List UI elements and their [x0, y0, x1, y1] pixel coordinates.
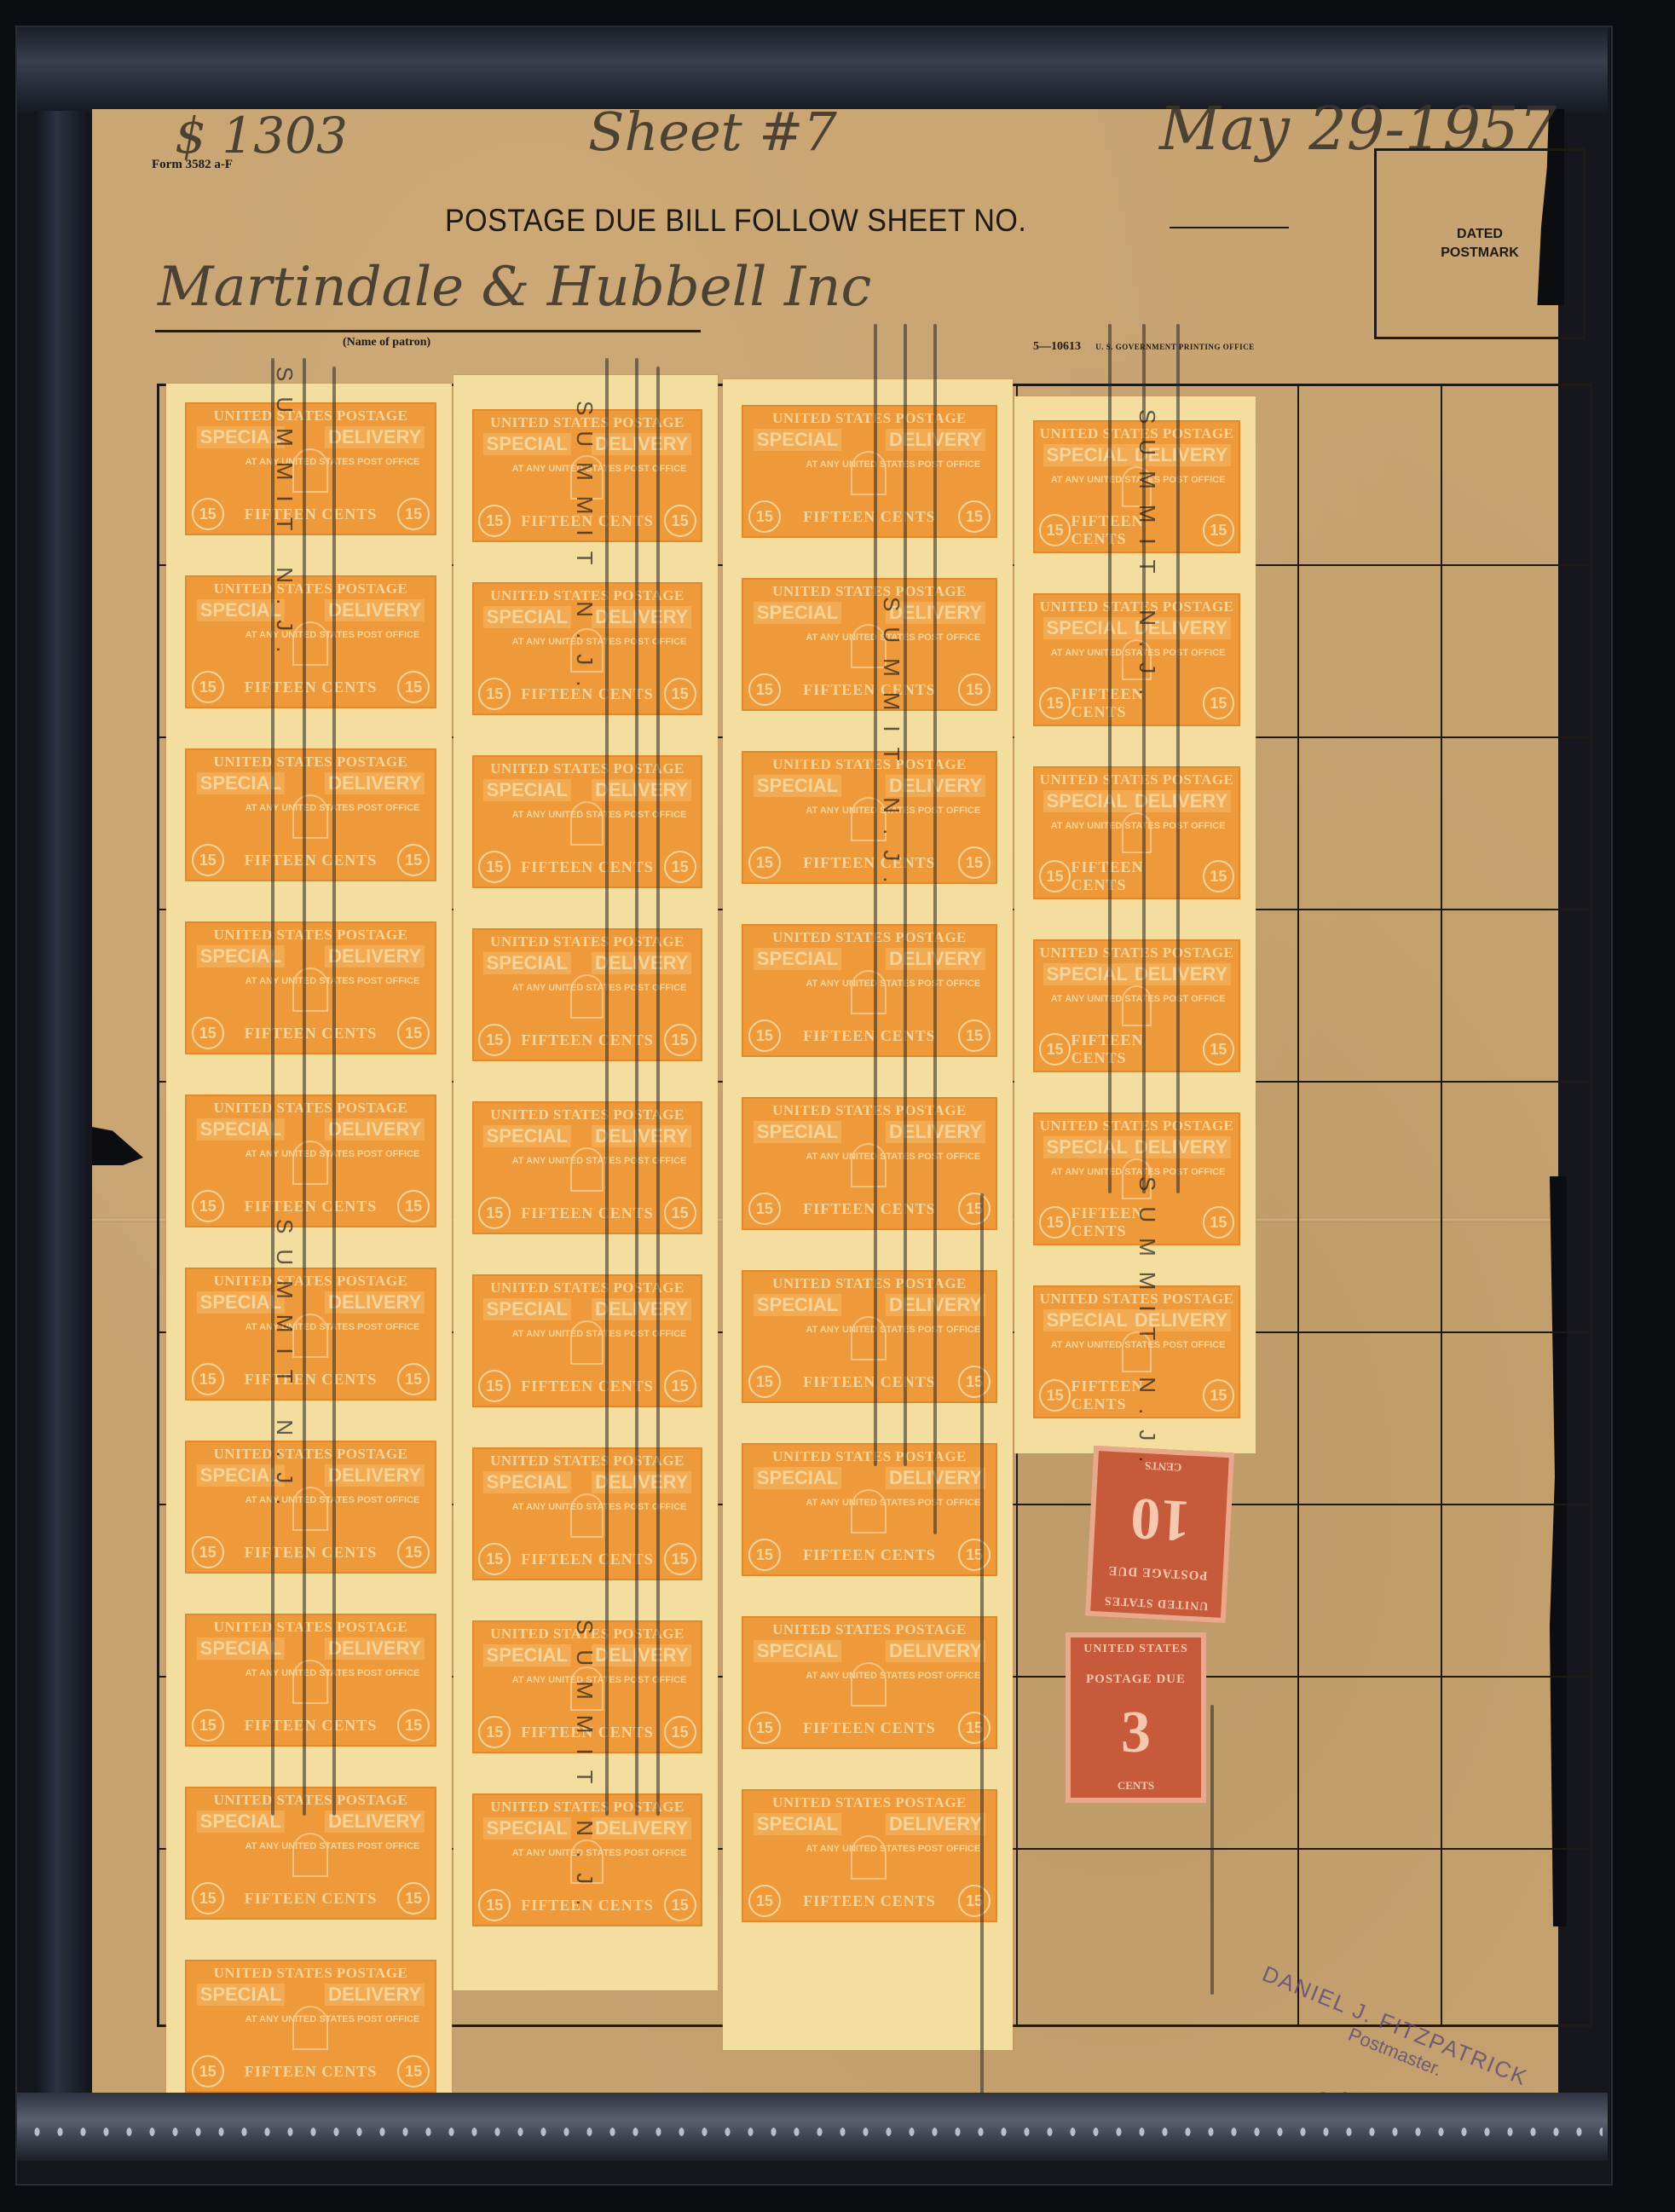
stamp-denomination: FIFTEEN CENTS	[245, 679, 378, 696]
stamp-value-right: 15	[397, 1882, 430, 1915]
doorway-icon	[851, 1489, 887, 1533]
stamp-value-right: 15	[397, 844, 430, 876]
stamp-banner: SPECIALDELIVERY	[483, 1298, 692, 1320]
stamp-center-text: AT ANY UNITED STATES POST OFFICE	[512, 810, 687, 821]
stamp-vignette: AT ANY UNITED STATES POST OFFICE	[197, 967, 425, 1017]
sleeve-perforations	[26, 2122, 1603, 2141]
stamp-special: SPECIAL	[483, 779, 571, 801]
stamp-bottom-row: 15FIFTEEN CENTS15	[192, 498, 430, 530]
stamp-bottom-row: 15FIFTEEN CENTS15	[748, 1539, 991, 1571]
special-delivery-stamp: UNITED STATES POSTAGESPECIALDELIVERYAT A…	[185, 402, 436, 535]
special-delivery-stamp: UNITED STATES POSTAGESPECIALDELIVERYAT A…	[742, 751, 997, 884]
stamp-banner: SPECIALDELIVERY	[754, 429, 985, 451]
stamp-value-right: 15	[1203, 1379, 1235, 1412]
stamp-top-text: UNITED STATES POSTAGE	[214, 1273, 408, 1290]
stamp-value-left: 15	[478, 1197, 511, 1229]
stamp-bottom-row: 15FIFTEEN CENTS15	[478, 1197, 696, 1229]
stamp-special: SPECIAL	[1043, 444, 1131, 466]
special-delivery-stamp: UNITED STATES POSTAGESPECIALDELIVERYAT A…	[185, 1614, 436, 1747]
stamp-banner: SPECIALDELIVERY	[754, 1640, 985, 1662]
due-value: 10	[1129, 1487, 1193, 1551]
stamp-denomination: FIFTEEN CENTS	[803, 1200, 936, 1218]
stamp-denomination: FIFTEEN CENTS	[803, 1546, 936, 1564]
grid-left	[157, 384, 159, 2027]
stamp-top-text: UNITED STATES POSTAGE	[214, 1446, 408, 1463]
doorway-icon	[292, 2006, 327, 2050]
stamp-value-left: 15	[1039, 514, 1071, 546]
stamp-center-text: AT ANY UNITED STATES POST OFFICE	[512, 1329, 687, 1340]
stamp-denomination: FIFTEEN CENTS	[803, 854, 936, 872]
stamp-vignette: AT ANY UNITED STATES POST OFFICE	[483, 974, 692, 1024]
doorway-icon	[851, 451, 887, 495]
stamp-value-right: 15	[664, 1197, 696, 1229]
stamp-top-text: UNITED STATES POSTAGE	[772, 756, 967, 773]
stamp-delivery: DELIVERY	[1131, 790, 1231, 812]
stamp-special: SPECIAL	[1043, 617, 1131, 639]
stamp-banner: SPECIALDELIVERY	[197, 772, 425, 794]
stamp-value-right: 15	[664, 1370, 696, 1402]
form-number: Form 3582 a-F	[152, 158, 233, 172]
stamp-bottom-row: 15FIFTEEN CENTS15	[478, 851, 696, 883]
stamp-special: SPECIAL	[483, 606, 571, 628]
special-delivery-stamp: UNITED STATES POSTAGESPECIALDELIVERYAT A…	[185, 921, 436, 1054]
due-country: UNITED STATES	[1083, 1643, 1188, 1656]
stamp-value-right: 15	[397, 1190, 430, 1222]
stamp-banner: SPECIALDELIVERY	[197, 1118, 425, 1141]
stamp-special: SPECIAL	[1043, 1136, 1131, 1158]
stamp-top-text: UNITED STATES POSTAGE	[214, 407, 408, 424]
stamp-denomination: FIFTEEN CENTS	[521, 1204, 654, 1222]
stamp-banner: SPECIALDELIVERY	[1043, 963, 1231, 985]
stamp-strip-3: UNITED STATES POSTAGESPECIALDELIVERYAT A…	[723, 379, 1013, 2050]
stamp-denomination: FIFTEEN CENTS	[245, 505, 378, 523]
special-delivery-stamp: UNITED STATES POSTAGESPECIALDELIVERYAT A…	[472, 1274, 702, 1407]
stamp-center-text: AT ANY UNITED STATES POST OFFICE	[512, 637, 687, 648]
stamp-value-left: 15	[1039, 860, 1071, 892]
stamp-delivery: DELIVERY	[1131, 1136, 1231, 1158]
stamp-special: SPECIAL	[754, 1813, 841, 1835]
stamp-bottom-row: 15FIFTEEN CENTS15	[748, 1885, 991, 1917]
stamp-vignette: AT ANY UNITED STATES POST OFFICE	[197, 2006, 425, 2055]
stamp-top-text: UNITED STATES POSTAGE	[772, 1102, 967, 1119]
stamp-value-right: 15	[664, 851, 696, 883]
stamp-value-left: 15	[478, 678, 511, 710]
stamp-top-text: UNITED STATES POSTAGE	[214, 1792, 408, 1809]
stamp-delivery: DELIVERY	[886, 1813, 985, 1835]
cancellation-town-text: SUMMIT N.J.	[1134, 409, 1160, 711]
handwritten-patron-name: Martindale & Hubbell Inc	[158, 256, 871, 319]
grid-col-line	[1441, 384, 1442, 2027]
stamp-top-text: UNITED STATES POSTAGE	[214, 927, 408, 944]
handwritten-sheet-number: Sheet #7	[588, 101, 837, 163]
stamp-value-left: 15	[192, 844, 224, 876]
stamp-bottom-row: 15FIFTEEN CENTS15	[1039, 858, 1234, 894]
cancellation-line	[933, 324, 937, 1534]
stamp-vignette: AT ANY UNITED STATES POST OFFICE	[197, 1141, 425, 1190]
stamp-top-text: UNITED STATES POSTAGE	[772, 1794, 967, 1811]
stamp-denomination: FIFTEEN CENTS	[245, 852, 378, 869]
stamp-bottom-row: 15FIFTEEN CENTS15	[192, 844, 430, 876]
stamp-vignette: AT ANY UNITED STATES POST OFFICE	[754, 451, 985, 500]
stamp-bottom-row: 15FIFTEEN CENTS15	[192, 1536, 430, 1568]
stamp-banner: SPECIALDELIVERY	[197, 1984, 425, 2006]
stamp-bottom-row: 15FIFTEEN CENTS15	[192, 1017, 430, 1049]
stamp-bottom-row: 15FIFTEEN CENTS15	[192, 1190, 430, 1222]
stamp-delivery: DELIVERY	[886, 1640, 985, 1662]
stamp-top-text: UNITED STATES POSTAGE	[490, 1453, 684, 1470]
stamp-value-left: 15	[192, 1363, 224, 1395]
stamp-banner: SPECIALDELIVERY	[483, 779, 692, 801]
stamp-center-text: AT ANY UNITED STATES POST OFFICE	[512, 1848, 687, 1859]
stamp-special: SPECIAL	[483, 1644, 571, 1666]
stamp-value-left: 15	[192, 1882, 224, 1915]
cancellation-line	[656, 367, 660, 1816]
stamp-denomination: FIFTEEN CENTS	[803, 1373, 936, 1391]
sheet-title: POSTAGE DUE BILL FOLLOW SHEET NO.	[445, 203, 1026, 239]
stamp-special: SPECIAL	[483, 1298, 571, 1320]
stamp-denomination: FIFTEEN CENTS	[245, 1198, 378, 1216]
stamp-vignette: AT ANY UNITED STATES POST OFFICE	[1043, 812, 1231, 858]
special-delivery-stamp: UNITED STATES POSTAGESPECIALDELIVERYAT A…	[1033, 766, 1240, 899]
stamp-top-text: UNITED STATES POSTAGE	[772, 410, 967, 427]
stamp-center-text: AT ANY UNITED STATES POST OFFICE	[806, 979, 980, 990]
stamp-value-right: 15	[958, 846, 991, 879]
special-delivery-stamp: UNITED STATES POSTAGESPECIALDELIVERYAT A…	[185, 1787, 436, 1920]
stamp-value-left: 15	[748, 846, 781, 879]
stamp-bottom-row: 15FIFTEEN CENTS15	[748, 500, 991, 533]
doorway-icon	[851, 1143, 887, 1187]
stamp-top-text: UNITED STATES POSTAGE	[490, 1279, 684, 1297]
special-delivery-stamp: UNITED STATES POSTAGESPECIALDELIVERYAT A…	[472, 1447, 702, 1580]
stamp-center-text: AT ANY UNITED STATES POST OFFICE	[512, 1675, 687, 1686]
stamp-bottom-row: 15FIFTEEN CENTS15	[192, 2055, 430, 2088]
stamp-value-right: 15	[664, 1716, 696, 1748]
stamp-vignette: AT ANY UNITED STATES POST OFFICE	[197, 794, 425, 844]
stamp-center-text: AT ANY UNITED STATES POST OFFICE	[1051, 994, 1226, 1005]
stamp-value-left: 15	[748, 1366, 781, 1398]
stamp-vignette: AT ANY UNITED STATES POST OFFICE	[197, 1487, 425, 1536]
stamp-bottom-row: 15FIFTEEN CENTS15	[748, 1712, 991, 1744]
sheet-number-blank	[1170, 227, 1289, 228]
stamp-top-text: UNITED STATES POSTAGE	[1040, 944, 1234, 962]
grid-col-line	[1297, 384, 1299, 2027]
special-delivery-stamp: UNITED STATES POSTAGESPECIALDELIVERYAT A…	[742, 1616, 997, 1749]
cancellation-town-text: SUMMIT N.J.	[271, 1219, 297, 1521]
stamp-special: SPECIAL	[754, 1467, 841, 1489]
stamp-banner: SPECIALDELIVERY	[754, 602, 985, 624]
stamp-banner: SPECIALDELIVERY	[483, 1125, 692, 1147]
stamp-bottom-row: 15FIFTEEN CENTS15	[478, 1024, 696, 1056]
doorway-icon	[292, 1141, 327, 1185]
stamp-denomination: FIFTEEN CENTS	[521, 1377, 654, 1395]
due-label: POSTAGE DUE	[1086, 1672, 1186, 1687]
print-code: 5—10613	[1033, 340, 1081, 353]
stamp-top-text: UNITED STATES POSTAGE	[772, 1275, 967, 1292]
special-delivery-stamp: UNITED STATES POSTAGESPECIALDELIVERYAT A…	[742, 1270, 997, 1403]
stamp-value-left: 15	[478, 1889, 511, 1921]
special-delivery-stamp: UNITED STATES POSTAGESPECIALDELIVERYAT A…	[742, 924, 997, 1057]
stamp-special: SPECIAL	[483, 1125, 571, 1147]
stamp-vignette: AT ANY UNITED STATES POST OFFICE	[197, 448, 425, 498]
stamp-value-right: 15	[1203, 1033, 1235, 1066]
stamp-bottom-row: 15FIFTEEN CENTS15	[748, 1366, 991, 1398]
stamp-bottom-row: 15FIFTEEN CENTS15	[192, 1709, 430, 1741]
doorway-icon	[292, 794, 327, 839]
doorway-icon	[1122, 812, 1152, 853]
stamp-denomination: FIFTEEN CENTS	[803, 508, 936, 526]
stamp-top-text: UNITED STATES POSTAGE	[772, 1621, 967, 1638]
stamp-value-left: 15	[192, 1190, 224, 1222]
special-delivery-stamp: UNITED STATES POSTAGESPECIALDELIVERYAT A…	[472, 1101, 702, 1234]
stamp-center-text: AT ANY UNITED STATES POST OFFICE	[806, 1152, 980, 1163]
cancellation-line	[1108, 324, 1112, 1193]
stamp-vignette: AT ANY UNITED STATES POST OFFICE	[754, 1662, 985, 1712]
stamp-delivery: DELIVERY	[592, 1817, 691, 1839]
stamp-bottom-row: 15FIFTEEN CENTS15	[748, 1019, 991, 1052]
stamp-bottom-row: 15FIFTEEN CENTS15	[192, 1882, 430, 1915]
special-delivery-stamp: UNITED STATES POSTAGESPECIALDELIVERYAT A…	[1033, 939, 1240, 1072]
cancellation-town-text: SUMMIT N.J.	[1134, 1176, 1160, 1478]
special-delivery-stamp: UNITED STATES POSTAGESPECIALDELIVERYAT A…	[472, 928, 702, 1061]
grid-right	[1590, 384, 1592, 2027]
doorway-icon	[292, 1487, 327, 1531]
stamp-special: SPECIAL	[754, 1294, 841, 1316]
stamp-value-left: 15	[748, 1885, 781, 1917]
stamp-value-right: 15	[397, 498, 430, 530]
stamp-value-left: 15	[478, 851, 511, 883]
stamp-value-right: 15	[958, 1885, 991, 1917]
stamp-special: SPECIAL	[1043, 1309, 1131, 1331]
special-delivery-stamp: UNITED STATES POSTAGESPECIALDELIVERYAT A…	[185, 1094, 436, 1227]
special-delivery-stamp: UNITED STATES POSTAGESPECIALDELIVERYAT A…	[185, 575, 436, 708]
stamp-value-left: 15	[748, 673, 781, 706]
stamp-value-right: 15	[958, 673, 991, 706]
stamp-vignette: AT ANY UNITED STATES POST OFFICE	[754, 797, 985, 846]
stamp-value-left: 15	[478, 1716, 511, 1748]
stamp-delivery: DELIVERY	[325, 1118, 425, 1141]
stamp-special: SPECIAL	[754, 948, 841, 970]
special-delivery-stamp: UNITED STATES POSTAGESPECIALDELIVERYAT A…	[185, 748, 436, 881]
cancellation-line	[332, 367, 336, 1816]
stamp-delivery: DELIVERY	[325, 1984, 425, 2006]
stamp-vignette: AT ANY UNITED STATES POST OFFICE	[754, 1316, 985, 1366]
stamp-center-text: AT ANY UNITED STATES POST OFFICE	[806, 1325, 980, 1336]
stamp-delivery: DELIVERY	[1131, 963, 1231, 985]
stamp-banner: SPECIALDELIVERY	[754, 1467, 985, 1489]
stamp-banner: SPECIALDELIVERY	[197, 1637, 425, 1660]
stamp-center-text: AT ANY UNITED STATES POST OFFICE	[512, 464, 687, 475]
stamp-value-right: 15	[958, 1712, 991, 1744]
stamp-bottom-row: 15FIFTEEN CENTS15	[1039, 1031, 1234, 1067]
doorway-icon	[570, 801, 603, 846]
stamp-value-left: 15	[192, 498, 224, 530]
cancellation-line	[303, 358, 306, 1816]
stamp-special: SPECIAL	[754, 1640, 841, 1662]
stamp-value-right: 15	[664, 678, 696, 710]
stamp-value-left: 15	[748, 1019, 781, 1052]
stamp-value-left: 15	[748, 500, 781, 533]
stamp-top-text: UNITED STATES POSTAGE	[772, 929, 967, 946]
stamp-value-right: 15	[397, 1709, 430, 1741]
due-cents: CENTS	[1118, 1779, 1154, 1793]
stamp-top-text: UNITED STATES POSTAGE	[214, 1965, 408, 1982]
due-label: POSTAGE DUE	[1107, 1562, 1208, 1582]
cancellation-line	[874, 324, 877, 1466]
doorway-icon	[851, 1316, 887, 1360]
stamp-banner: SPECIALDELIVERY	[197, 1291, 425, 1314]
stamp-denomination: FIFTEEN CENTS	[245, 1025, 378, 1042]
stamp-value-left: 15	[192, 1017, 224, 1049]
stamp-top-text: UNITED STATES POSTAGE	[1040, 1118, 1234, 1135]
postmark-label-1: DATED	[1457, 225, 1503, 244]
stamp-center-text: AT ANY UNITED STATES POST OFFICE	[806, 1844, 980, 1855]
stamp-value-right: 15	[664, 1889, 696, 1921]
stamp-vignette: AT ANY UNITED STATES POST OFFICE	[483, 1493, 692, 1543]
stamp-value-left: 15	[478, 505, 511, 537]
stamp-value-right: 15	[1203, 514, 1235, 546]
stamp-top-text: UNITED STATES POSTAGE	[772, 583, 967, 600]
stamp-special: SPECIAL	[1043, 790, 1131, 812]
stamp-top-text: UNITED STATES POSTAGE	[772, 1448, 967, 1465]
stamp-strip-1: UNITED STATES POSTAGESPECIALDELIVERYAT A…	[166, 384, 452, 2140]
stamp-special: SPECIAL	[483, 952, 571, 974]
stamp-value-right: 15	[1203, 687, 1235, 719]
due-country: UNITED STATES	[1104, 1593, 1209, 1612]
stamp-special: SPECIAL	[754, 602, 841, 624]
stamp-denomination: FIFTEEN CENTS	[521, 1551, 654, 1568]
stamp-denomination: FIFTEEN CENTS	[245, 1371, 378, 1389]
stamp-center-text: AT ANY UNITED STATES POST OFFICE	[1051, 821, 1226, 832]
cancellation-town-text: SUMMIT N.J.	[571, 401, 598, 702]
stamp-special: SPECIAL	[483, 1817, 571, 1839]
stamp-bottom-row: 15FIFTEEN CENTS15	[478, 1370, 696, 1402]
stamp-value-right: 15	[397, 671, 430, 703]
stamp-value-right: 15	[664, 505, 696, 537]
stamp-value-left: 15	[192, 671, 224, 703]
stamp-top-text: UNITED STATES POSTAGE	[214, 580, 408, 598]
stamp-denomination: FIFTEEN CENTS	[1071, 858, 1202, 894]
due-value: 3	[1121, 1703, 1151, 1763]
special-delivery-stamp: UNITED STATES POSTAGESPECIALDELIVERYAT A…	[742, 405, 997, 538]
stamp-denomination: FIFTEEN CENTS	[803, 1027, 936, 1045]
stamp-delivery: DELIVERY	[325, 599, 425, 621]
stamp-center-text: AT ANY UNITED STATES POST OFFICE	[512, 983, 687, 994]
cancellation-line	[1176, 324, 1180, 1193]
patron-name-line	[155, 330, 701, 332]
stamp-denomination: FIFTEEN CENTS	[245, 2063, 378, 2081]
stamp-special: SPECIAL	[754, 1121, 841, 1143]
stamp-banner: SPECIALDELIVERY	[197, 426, 425, 448]
doorway-icon	[1122, 985, 1152, 1026]
cancellation-town-text: SUMMIT N.J.	[271, 367, 297, 668]
stamp-vignette: AT ANY UNITED STATES POST OFFICE	[754, 970, 985, 1019]
stamp-vignette: AT ANY UNITED STATES POST OFFICE	[197, 1833, 425, 1882]
stamp-top-text: UNITED STATES POSTAGE	[490, 1106, 684, 1123]
stamp-delivery: DELIVERY	[325, 1464, 425, 1487]
stamp-value-right: 15	[397, 1017, 430, 1049]
stamp-bottom-row: 15FIFTEEN CENTS15	[478, 1543, 696, 1575]
stamp-value-left: 15	[748, 1193, 781, 1225]
doorway-icon	[292, 967, 327, 1012]
stamp-denomination: FIFTEEN CENTS	[245, 1544, 378, 1562]
cancellation-town-text: SUMMIT N.J.	[878, 597, 904, 898]
stamp-center-text: AT ANY UNITED STATES POST OFFICE	[806, 459, 980, 471]
patron-label: (Name of patron)	[343, 336, 430, 349]
stamp-value-right: 15	[664, 1024, 696, 1056]
stamp-vignette: AT ANY UNITED STATES POST OFFICE	[197, 621, 425, 671]
doorway-icon	[292, 621, 327, 666]
stamp-top-text: UNITED STATES POSTAGE	[214, 754, 408, 771]
stamp-banner: SPECIALDELIVERY	[483, 1471, 692, 1493]
stamp-top-text: UNITED STATES POSTAGE	[490, 760, 684, 777]
special-delivery-stamp: UNITED STATES POSTAGESPECIALDELIVERYAT A…	[742, 1443, 997, 1576]
stamp-delivery: DELIVERY	[325, 426, 425, 448]
stamp-value-right: 15	[958, 1019, 991, 1052]
stamp-vignette: AT ANY UNITED STATES POST OFFICE	[197, 1314, 425, 1363]
stamp-value-right: 15	[958, 500, 991, 533]
stamp-top-text: UNITED STATES POSTAGE	[214, 1619, 408, 1636]
stamp-value-right: 15	[958, 1539, 991, 1571]
stamp-special: SPECIAL	[754, 429, 841, 451]
stamp-vignette: AT ANY UNITED STATES POST OFFICE	[754, 624, 985, 673]
stamp-value-left: 15	[192, 1709, 224, 1741]
stamp-center-text: AT ANY UNITED STATES POST OFFICE	[806, 1671, 980, 1682]
cancellation-town-text: SUMMIT N.J.	[571, 1620, 598, 1921]
stamp-value-left: 15	[1039, 1033, 1071, 1066]
stamp-center-text: AT ANY UNITED STATES POST OFFICE	[245, 2014, 420, 2025]
stamp-banner: SPECIALDELIVERY	[483, 952, 692, 974]
stamp-banner: SPECIALDELIVERY	[754, 1121, 985, 1143]
stamp-delivery: DELIVERY	[325, 1291, 425, 1314]
doorway-icon	[570, 1320, 603, 1365]
cancellation-line	[605, 358, 609, 1816]
stamp-value-left: 15	[748, 1712, 781, 1744]
stamp-denomination: FIFTEEN CENTS	[803, 1892, 936, 1910]
stamp-bottom-row: 15FIFTEEN CENTS15	[192, 1363, 430, 1395]
stamp-value-left: 15	[192, 2055, 224, 2088]
stamp-value-left: 15	[1039, 687, 1071, 719]
stamp-banner: SPECIALDELIVERY	[197, 599, 425, 621]
stamp-vignette: AT ANY UNITED STATES POST OFFICE	[483, 1320, 692, 1370]
doorway-icon	[851, 970, 887, 1014]
postmark-label-2: POSTMARK	[1441, 244, 1519, 263]
stamp-denomination: FIFTEEN CENTS	[803, 1719, 936, 1737]
stamp-banner: SPECIALDELIVERY	[1043, 1136, 1231, 1158]
stamp-delivery: DELIVERY	[325, 945, 425, 967]
stamp-value-right: 15	[1203, 1206, 1235, 1239]
stamp-denomination: FIFTEEN CENTS	[521, 858, 654, 876]
stamp-special: SPECIAL	[483, 1471, 571, 1493]
stamp-value-left: 15	[192, 1536, 224, 1568]
special-delivery-stamp: UNITED STATES POSTAGESPECIALDELIVERYAT A…	[185, 1441, 436, 1574]
stamp-value-right: 15	[1203, 860, 1235, 892]
doorway-icon	[292, 1833, 327, 1877]
stamp-value-left: 15	[478, 1024, 511, 1056]
special-delivery-stamp: UNITED STATES POSTAGESPECIALDELIVERYAT A…	[742, 578, 997, 711]
stamp-value-right: 15	[397, 2055, 430, 2088]
stamp-value-left: 15	[1039, 1206, 1071, 1239]
stamp-vignette: AT ANY UNITED STATES POST OFFICE	[754, 1835, 985, 1885]
cancellation-line	[980, 1193, 984, 2131]
stamp-top-text: UNITED STATES POSTAGE	[1040, 771, 1234, 788]
doorway-icon	[292, 1660, 327, 1704]
stamp-value-left: 15	[748, 1539, 781, 1571]
stamp-banner: SPECIALDELIVERY	[197, 1811, 425, 1833]
special-delivery-stamp: UNITED STATES POSTAGESPECIALDELIVERYAT A…	[185, 1268, 436, 1401]
special-delivery-stamp: UNITED STATES POSTAGESPECIALDELIVERYAT A…	[472, 755, 702, 888]
special-delivery-stamp: UNITED STATES POSTAGESPECIALDELIVERYAT A…	[742, 1097, 997, 1230]
stamp-vignette: AT ANY UNITED STATES POST OFFICE	[197, 1660, 425, 1709]
